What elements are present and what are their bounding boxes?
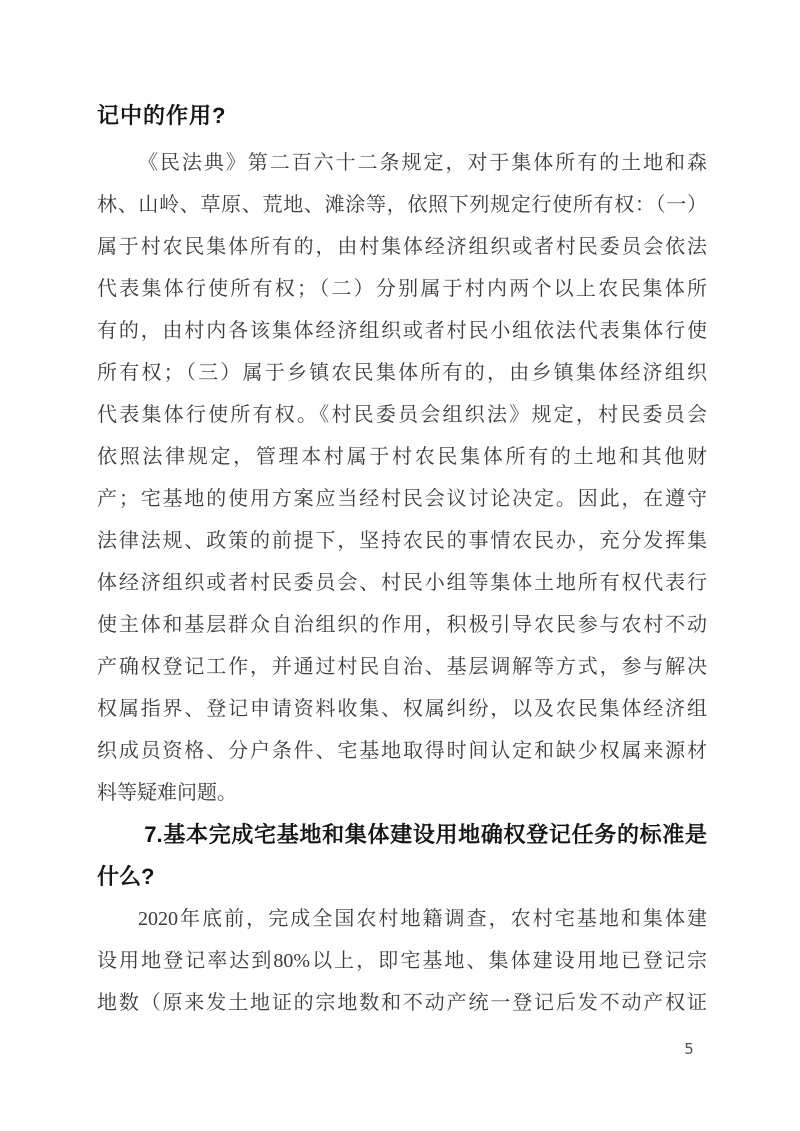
- text-line: 所有权；（三）属于乡镇农民集体所有的，由乡镇集体经济组织: [97, 352, 707, 394]
- text-line: 法律法规、政策的前提下，坚持农民的事情农民办，充分发挥集: [97, 520, 707, 562]
- text-line: 7.基本完成宅基地和集体建设用地确权登记任务的标准是: [97, 814, 707, 856]
- text-line: 体经济组织或者村民委员会、村民小组等集体土地所有权代表行: [97, 562, 707, 604]
- text-line: 权属指界、登记申请资料收集、权属纠纷，以及农民集体经济组: [97, 688, 707, 730]
- text-line: 产；宅基地的使用方案应当经村民会议讨论决定。因此，在遵守: [97, 478, 707, 520]
- text-line: 代表集体行使所有权。《村民委员会组织法》规定，村民委员会: [97, 394, 707, 436]
- text-line: 代表集体行使所有权；（二）分别属于村内两个以上农民集体所: [97, 268, 707, 310]
- text-line: 产确权登记工作，并通过村民自治、基层调解等方式，参与解决: [97, 646, 707, 688]
- text-line: 什么?: [97, 856, 707, 898]
- text-line: 地数（原来发土地证的宗地数和不动产统一登记后发不动产权证: [97, 982, 707, 1024]
- question-7-heading: 7.基本完成宅基地和集体建设用地确权登记任务的标准是什么?: [97, 814, 707, 898]
- page-number: 5: [678, 1040, 700, 1058]
- heading-continuation: 记中的作用?: [97, 95, 707, 137]
- text-line: 织成员资格、分户条件、宅基地取得时间认定和缺少权属来源材: [97, 730, 707, 772]
- text-line: 料等疑难问题。: [97, 772, 707, 814]
- text-line: 有的，由村内各该集体经济组织或者村民小组依法代表集体行使: [97, 310, 707, 352]
- document-page: 记中的作用? 《民法典》第二百六十二条规定，对于集体所有的土地和森林、山岭、草原…: [0, 0, 800, 1131]
- text-line: 使主体和基层群众自治组织的作用，积极引导农民参与农村不动: [97, 604, 707, 646]
- text-line: 设用地登记率达到80%以上，即宅基地、集体建设用地已登记宗: [97, 940, 707, 982]
- paragraph-civil-code: 《民法典》第二百六十二条规定，对于集体所有的土地和森林、山岭、草原、荒地、滩涂等…: [97, 142, 707, 814]
- text-line: 属于村农民集体所有的，由村集体经济组织或者村民委员会依法: [97, 226, 707, 268]
- page-content: 记中的作用? 《民法典》第二百六十二条规定，对于集体所有的土地和森林、山岭、草原…: [97, 95, 707, 1024]
- paragraph-2020-standard: 2020年底前，完成全国农村地籍调查，农村宅基地和集体建设用地登记率达到80%以…: [97, 898, 707, 1024]
- text-line: 依照法律规定，管理本村属于村农民集体所有的土地和其他财: [97, 436, 707, 478]
- text-line: 2020年底前，完成全国农村地籍调查，农村宅基地和集体建: [97, 898, 707, 940]
- text-line: 《民法典》第二百六十二条规定，对于集体所有的土地和森: [97, 142, 707, 184]
- text-line: 林、山岭、草原、荒地、滩涂等，依照下列规定行使所有权：（一）: [97, 184, 707, 226]
